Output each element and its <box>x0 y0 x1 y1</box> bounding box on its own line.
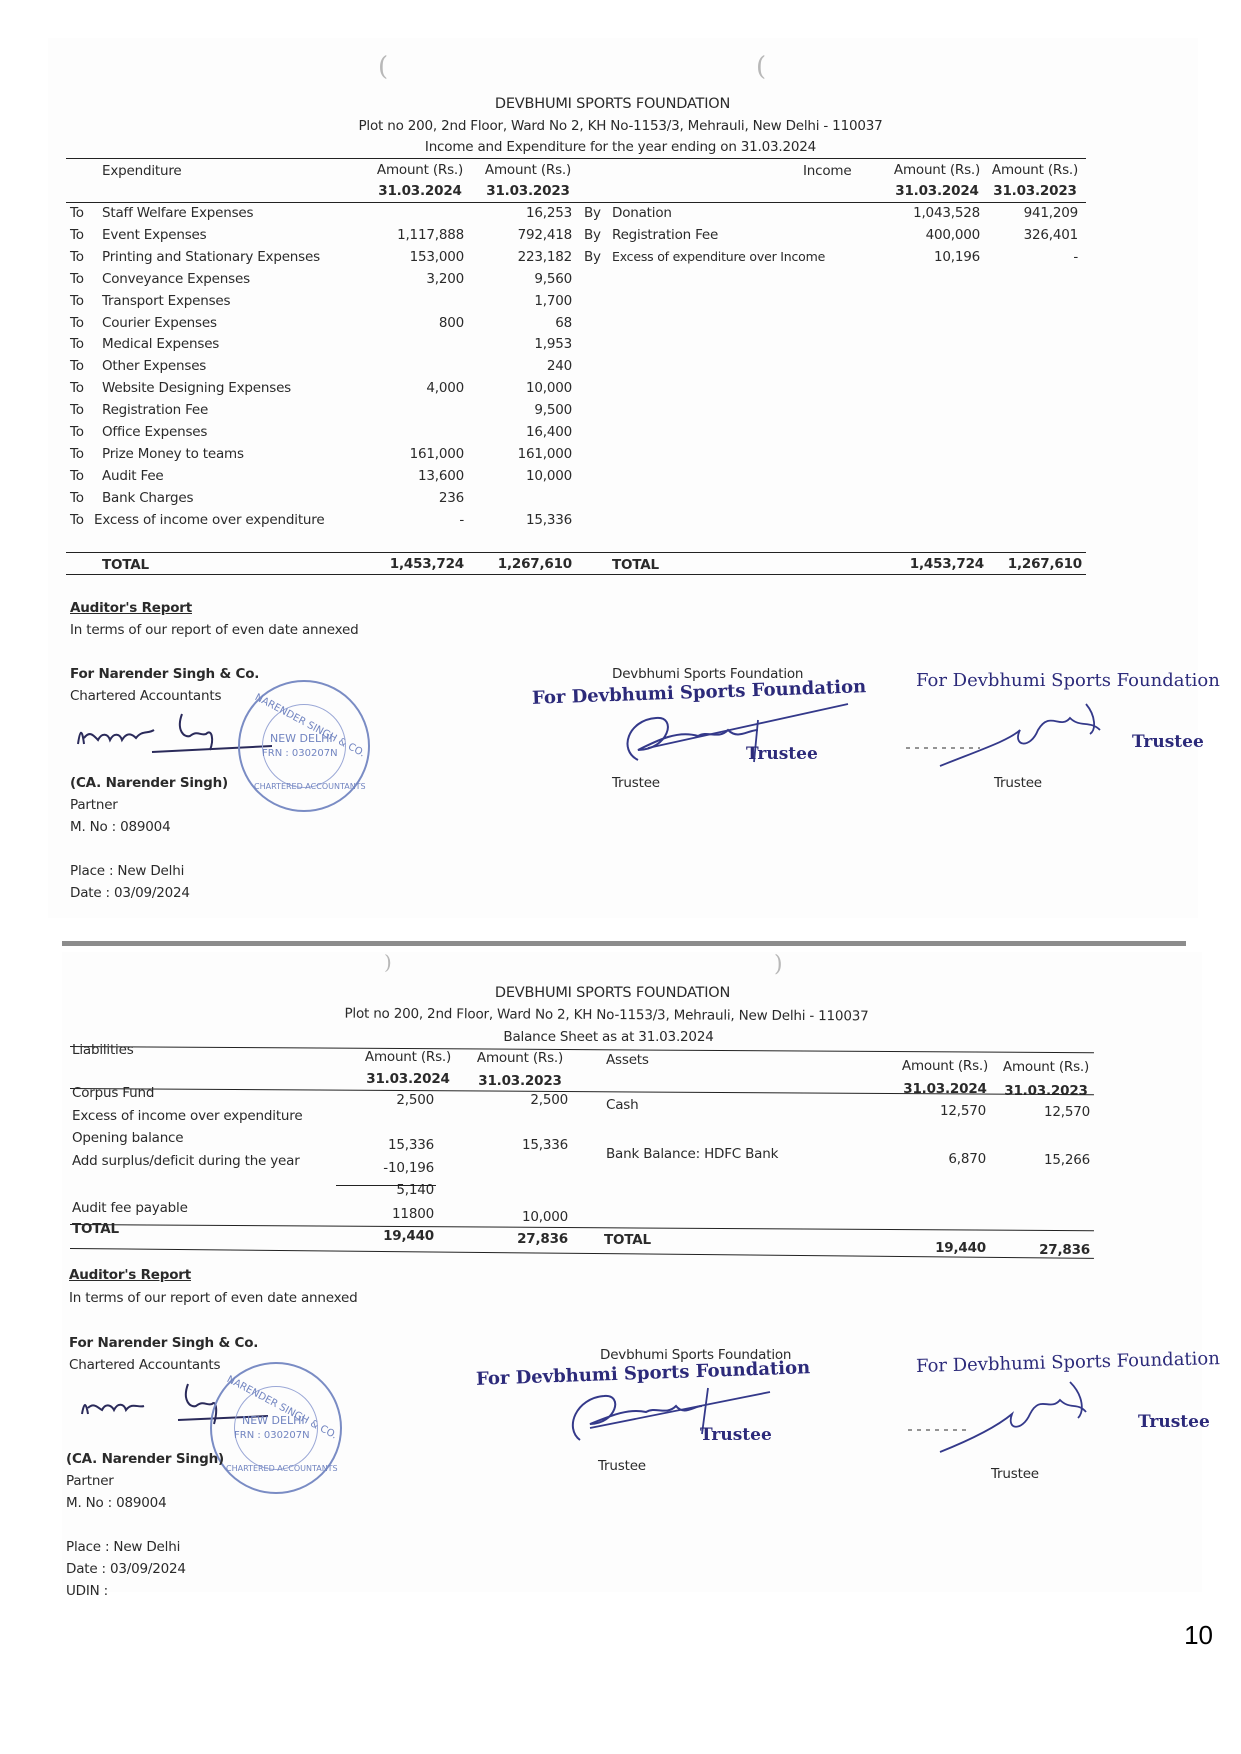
total-income-2024: 1,453,724 <box>880 556 984 572</box>
row-amount-2023: 68 <box>468 315 572 331</box>
row-amount-2023: 1,953 <box>468 336 572 352</box>
row-prefix: To <box>70 315 84 331</box>
row-amount-2023: 16,253 <box>468 205 572 221</box>
row-label: Excess of income over expenditure <box>72 1108 302 1124</box>
total-bottom-rule <box>66 574 1086 575</box>
total-income-2023: 1,267,610 <box>978 556 1082 572</box>
bs-trustee-rubber-trustee: Trustee <box>700 1425 772 1445</box>
row-prefix: By <box>584 227 601 243</box>
row-prefix: To <box>70 358 84 374</box>
header-amount-2023: Amount (Rs.) <box>478 162 578 178</box>
row-amount-2024: 13,600 <box>360 468 464 484</box>
header-income-amount-2024: Amount (Rs.) <box>887 162 987 178</box>
bs-date: Date : 03/09/2024 <box>66 1561 186 1577</box>
bs-trustee2-label: Trustee <box>991 1466 1039 1482</box>
stamp-bottom-text: CHARTERED ACCOUNTANTS <box>226 1464 338 1473</box>
header-income: Income <box>803 163 851 179</box>
row-label: Corpus Fund <box>72 1085 154 1101</box>
row-amount-2023: 9,500 <box>468 402 572 418</box>
row-prefix: To <box>70 271 84 287</box>
row-label: Conveyance Expenses <box>102 271 250 287</box>
stamp-frn: FRN : 030207N <box>234 1430 310 1441</box>
stamp-frn: FRN : 030207N <box>262 748 338 759</box>
row-label: Staff Welfare Expenses <box>102 205 253 221</box>
auditor-firm: For Narender Singh & Co. <box>70 666 259 682</box>
bs-auditor-firm: For Narender Singh & Co. <box>69 1335 258 1351</box>
bs-total-assets-2024: 19,440 <box>900 1240 986 1256</box>
row-amount-2023: 9,560 <box>468 271 572 287</box>
header-income-date-2024: 31.03.2024 <box>887 183 987 199</box>
row-amount-2023: - <box>978 249 1078 265</box>
row-prefix: To <box>70 205 84 221</box>
header-bottom-rule <box>66 202 1086 203</box>
punch-mark: ( <box>756 52 766 82</box>
bs-membership-number: M. No : 089004 <box>66 1495 166 1511</box>
row-amount-2023: 161,000 <box>468 446 572 462</box>
header-amount-2024: Amount (Rs.) <box>370 162 470 178</box>
bs-total-label-assets: TOTAL <box>604 1232 651 1248</box>
row-amount-2023: 12,570 <box>990 1104 1090 1120</box>
bs-header-assets-date-2023: 31.03.2023 <box>996 1083 1096 1099</box>
row-prefix: To <box>70 402 84 418</box>
row-label: Registration Fee <box>612 227 718 243</box>
row-amount-2024: 161,000 <box>360 446 464 462</box>
auditor-report-text: In terms of our report of even date anne… <box>70 622 359 638</box>
row-prefix: To <box>70 293 84 309</box>
bs-auditor-report-heading: Auditor's Report <box>69 1267 191 1283</box>
row-amount-2023: 10,000 <box>468 380 572 396</box>
total-label-expenditure: TOTAL <box>102 557 149 573</box>
date: Date : 03/09/2024 <box>70 885 190 901</box>
row-prefix: To <box>70 249 84 265</box>
bs-trustee2-signature <box>900 1378 1120 1458</box>
bs-partner-name: (CA. Narender Singh) <box>66 1451 224 1467</box>
bs-statement-title: Balance Sheet as at 31.03.2024 <box>0 1029 1229 1045</box>
punch-mark: ( <box>378 52 388 82</box>
row-label: Website Designing Expenses <box>102 380 291 396</box>
row-label: Excess of income over expenditure <box>94 512 324 528</box>
header-income-date-2023: 31.03.2023 <box>985 183 1085 199</box>
row-amount-2024: 4,000 <box>360 380 464 396</box>
table-top-rule <box>66 158 1086 159</box>
bs-subtotal-rule <box>336 1185 436 1186</box>
trustee2-rubber-trustee: Trustee <box>1132 732 1204 752</box>
row-amount-2023: 2,500 <box>470 1092 568 1108</box>
bs-trustee2-rubber-trustee: Trustee <box>1138 1412 1210 1432</box>
total-top-rule <box>66 552 1086 553</box>
stamp-city: NEW DELHI <box>270 732 333 745</box>
row-label: Donation <box>612 205 672 221</box>
row-amount-2024: 6,870 <box>900 1151 986 1167</box>
header-date-2023: 31.03.2023 <box>478 183 578 199</box>
bs-header-assets-date-2024: 31.03.2024 <box>895 1081 995 1097</box>
row-label: Prize Money to teams <box>102 446 244 462</box>
row-label: Add surplus/deficit during the year <box>72 1153 300 1169</box>
row-label: Bank Charges <box>102 490 193 506</box>
bs-header-assets-amount-2023: Amount (Rs.) <box>996 1059 1096 1075</box>
bs-auditor-report-text: In terms of our report of even date anne… <box>69 1290 358 1306</box>
row-amount-2024: 400,000 <box>880 227 980 243</box>
statement-title: Income and Expenditure for the year endi… <box>0 139 1241 155</box>
row-amount-2024: 1,117,888 <box>360 227 464 243</box>
header-date-2024: 31.03.2024 <box>370 183 470 199</box>
row-amount-2023: 10,000 <box>468 468 572 484</box>
row-amount-2023: 1,700 <box>468 293 572 309</box>
bs-header-date-2024: 31.03.2024 <box>358 1071 458 1087</box>
row-amount-2024: 3,200 <box>360 271 464 287</box>
row-label: Audit Fee <box>102 468 164 484</box>
trustee-signature <box>608 700 858 770</box>
row-amount-2024: 11800 <box>340 1206 434 1222</box>
row-amount-2023: 223,182 <box>468 249 572 265</box>
row-prefix: To <box>70 512 84 528</box>
row-prefix: To <box>70 468 84 484</box>
row-amount-2024: - <box>360 512 464 528</box>
row-amount-2024: 10,196 <box>880 249 980 265</box>
bs-header-liabilities: Liabilities <box>72 1042 134 1058</box>
bs-total-liabilities-2023: 27,836 <box>470 1231 568 1247</box>
bs-auditor-stamp: NARENDER SINGH & CO. NEW DELHI FRN : 030… <box>210 1362 342 1494</box>
header-expenditure: Expenditure <box>102 163 181 179</box>
bs-total-label-liabilities: TOTAL <box>72 1221 119 1237</box>
stamp-city: NEW DELHI <box>242 1414 305 1427</box>
trustee2-signature <box>900 700 1140 770</box>
row-amount-2023: 10,000 <box>470 1209 568 1225</box>
row-label: Event Expenses <box>102 227 207 243</box>
row-amount-2024: 15,336 <box>340 1137 434 1153</box>
total-expenditure-2023: 1,267,610 <box>468 556 572 572</box>
row-prefix: To <box>70 380 84 396</box>
row-label: Transport Expenses <box>102 293 230 309</box>
trustee2-label: Trustee <box>994 775 1042 791</box>
row-label: Excess of expenditure over Income <box>612 249 825 264</box>
trustee-label: Trustee <box>612 775 660 791</box>
bs-place: Place : New Delhi <box>66 1539 180 1555</box>
row-amount-2023: 15,266 <box>990 1152 1090 1168</box>
row-amount-2023: 16,400 <box>468 424 572 440</box>
org-address: Plot no 200, 2nd Floor, Ward No 2, KH No… <box>0 118 1241 134</box>
row-amount-2024: 236 <box>360 490 464 506</box>
row-amount-2024: 153,000 <box>360 249 464 265</box>
bs-partner-title: Partner <box>66 1473 114 1489</box>
header-income-amount-2023: Amount (Rs.) <box>985 162 1085 178</box>
row-prefix: To <box>70 227 84 243</box>
row-label: Office Expenses <box>102 424 207 440</box>
row-label: Medical Expenses <box>102 336 219 352</box>
bs-total-liabilities-2024: 19,440 <box>350 1228 434 1244</box>
row-label: Bank Balance: HDFC Bank <box>606 1146 778 1162</box>
row-prefix: To <box>70 424 84 440</box>
bs-org-name: DEVBHUMI SPORTS FOUNDATION <box>0 985 1233 1001</box>
row-amount-2024: 800 <box>360 315 464 331</box>
bs-auditor-firm-type: Chartered Accountants <box>69 1357 220 1373</box>
bs-header-date-2023: 31.03.2023 <box>470 1073 570 1089</box>
place: Place : New Delhi <box>70 863 184 879</box>
bs-trustee-label: Trustee <box>598 1458 646 1474</box>
total-label-income: TOTAL <box>612 557 659 573</box>
row-label: Other Expenses <box>102 358 206 374</box>
punch-mark: ) <box>774 952 783 977</box>
row-amount-2023: 326,401 <box>978 227 1078 243</box>
row-label: Courier Expenses <box>102 315 217 331</box>
stamp-bottom-text: CHARTERED ACCOUNTANTS <box>254 782 366 791</box>
trustee-rubber-trustee: Trustee <box>746 744 818 764</box>
page-separator <box>62 941 1186 946</box>
row-label: Audit fee payable <box>72 1200 188 1216</box>
row-amount-2023: 15,336 <box>470 1137 568 1153</box>
total-expenditure-2024: 1,453,724 <box>360 556 464 572</box>
row-amount-2024: 2,500 <box>340 1092 434 1108</box>
row-prefix: To <box>70 490 84 506</box>
partner-name: (CA. Narender Singh) <box>70 775 228 791</box>
row-amount-2024: 1,043,528 <box>880 205 980 221</box>
row-amount-2024: -10,196 <box>340 1160 434 1176</box>
row-amount-2023: 240 <box>468 358 572 374</box>
auditor-stamp: NARENDER SINGH & CO. NEW DELHI FRN : 030… <box>238 680 370 812</box>
row-prefix: By <box>584 249 601 265</box>
row-amount-2024: 12,570 <box>900 1103 986 1119</box>
bs-header-assets-amount-2024: Amount (Rs.) <box>895 1058 995 1074</box>
membership-number: M. No : 089004 <box>70 819 170 835</box>
auditor-report-heading: Auditor's Report <box>70 600 192 616</box>
row-amount-2023: 792,418 <box>468 227 572 243</box>
page-number: 10 <box>1184 1620 1213 1651</box>
row-prefix: To <box>70 336 84 352</box>
row-label: Printing and Stationary Expenses <box>102 249 320 265</box>
row-amount-2023: 15,336 <box>468 512 572 528</box>
org-name: DEVBHUMI SPORTS FOUNDATION <box>0 96 1233 112</box>
trustee2-rubber-stamp: For Devbhumi Sports Foundation <box>916 670 1220 691</box>
row-prefix: To <box>70 446 84 462</box>
row-prefix: By <box>584 205 601 221</box>
bs-total-assets-2023: 27,836 <box>990 1242 1090 1258</box>
bs-header-amount-2023: Amount (Rs.) <box>470 1050 570 1066</box>
row-label: Opening balance <box>72 1130 183 1146</box>
row-label: Registration Fee <box>102 402 208 418</box>
bs-udin: UDIN : <box>66 1583 108 1599</box>
bs-header-amount-2024: Amount (Rs.) <box>358 1049 458 1065</box>
bs-header-assets: Assets <box>606 1052 649 1068</box>
punch-mark: ) <box>384 950 392 974</box>
partner-title: Partner <box>70 797 118 813</box>
row-amount-2023: 941,209 <box>978 205 1078 221</box>
row-label: Cash <box>606 1097 639 1113</box>
